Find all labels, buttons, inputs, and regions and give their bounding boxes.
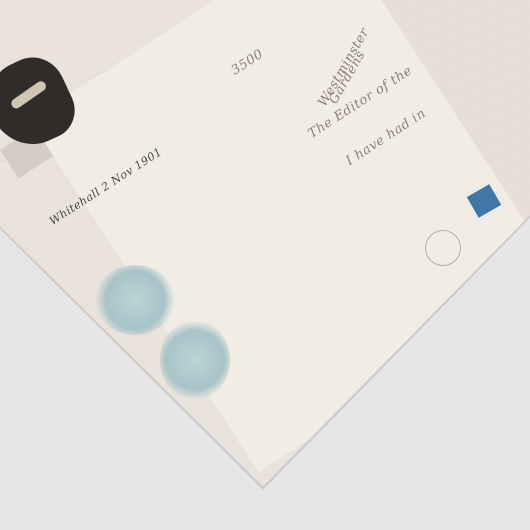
product-photo: Whitehall 2 Nov 1901 Westminster Gardens… <box>0 0 530 530</box>
postmark-icon <box>425 230 461 266</box>
scrapbook-paper: Whitehall 2 Nov 1901 Westminster Gardens… <box>0 0 530 530</box>
leaf-icon <box>160 320 230 400</box>
flower-icon <box>95 265 175 335</box>
